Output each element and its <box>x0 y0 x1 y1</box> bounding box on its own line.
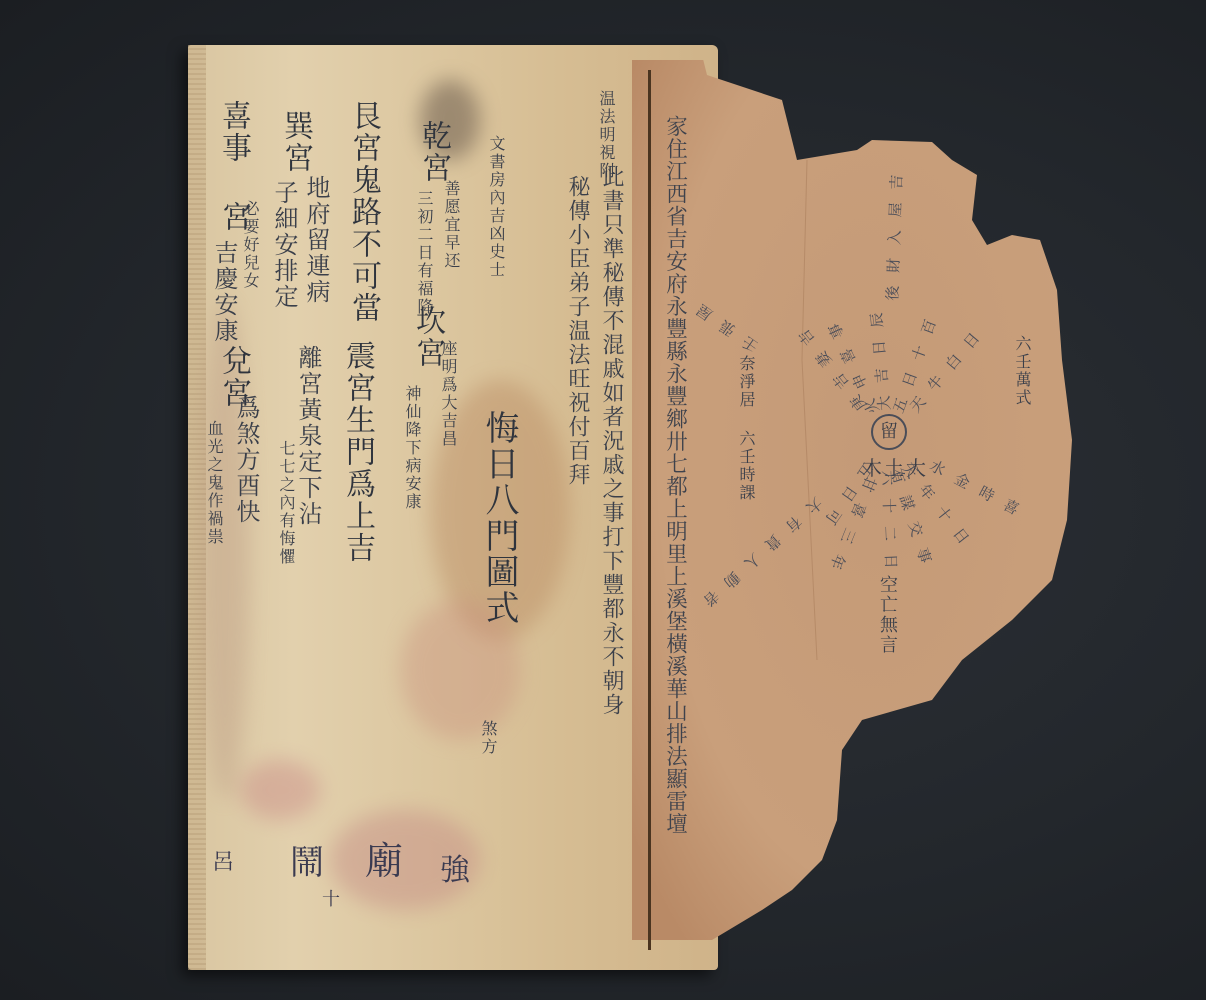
text-column-di-fu: 地府留連病 <box>304 175 328 305</box>
text-column-qian-gong-note: 善愿宜早还 <box>443 180 459 270</box>
text-column-wei-sha: 爲煞方酉快 <box>234 395 258 525</box>
text-column-ci-shu: 此書只準秘傳不混戚如者況戚之事打下豐都永不朝身 <box>600 165 622 717</box>
stain <box>240 760 320 820</box>
text-column-mi-chuan: 秘傳小臣弟子温法旺祝付百拜 <box>566 175 588 487</box>
text-column-kan-gong: 坎宮 <box>412 305 442 369</box>
fragment-text: 廟 <box>365 830 403 885</box>
leaf-subtitle: 奈淨居 六壬時課 <box>738 355 754 502</box>
spine-fold <box>648 70 651 950</box>
text-column-xun-gong-note: 子細安排定 <box>272 180 296 310</box>
text-column-li-gong: 離宮黃泉定下沾 <box>296 345 320 527</box>
text-column-qian-gong: 乾宮 <box>418 120 448 184</box>
fragment-text: 鬧 <box>290 835 324 884</box>
text-column-fu-fang: 煞方 <box>480 720 496 756</box>
fragment-text: 呂 <box>212 845 234 876</box>
text-column-home-address: 家住江西省吉安府永豐縣永豐鄉卅七都上明里上溪堡橫溪華山排法顯雷壇 <box>664 115 686 835</box>
text-column-xun-gong: 巽宮 <box>280 110 310 174</box>
text-column-kan-gong-sub: 神仙降下病安康 <box>404 385 420 511</box>
fragment-text: 強 <box>440 845 470 889</box>
text-column-gen-gong: 艮宮鬼路不可當 <box>348 100 378 324</box>
text-column-kan-gong-note: 座明爲大吉昌 <box>440 340 456 448</box>
fragment-text: 十 <box>322 885 340 911</box>
text-column-ji-qing: 吉慶安康 <box>212 240 236 344</box>
text-column-li-gong-note: 七七之內有悔懼 <box>278 440 294 566</box>
text-column-wen-shu: 文書房內吉凶史士 <box>488 135 504 279</box>
text-column-qian-gong-sub: 三初二日有福降 <box>416 190 432 316</box>
text-column-hui-ri-title: 悔日八門圖式 <box>482 410 516 626</box>
text-column-xun-gong-sub: 必要好兒女 <box>242 200 258 290</box>
text-column-dui-gong-note: 血光之鬼作禍祟 <box>206 420 222 546</box>
leaf-bottom-note: 空亡無言 <box>878 575 896 655</box>
leaf-title: 六壬萬式 <box>1014 335 1030 407</box>
text-column-zhen-gong: 震宮生門爲上吉 <box>342 340 372 564</box>
